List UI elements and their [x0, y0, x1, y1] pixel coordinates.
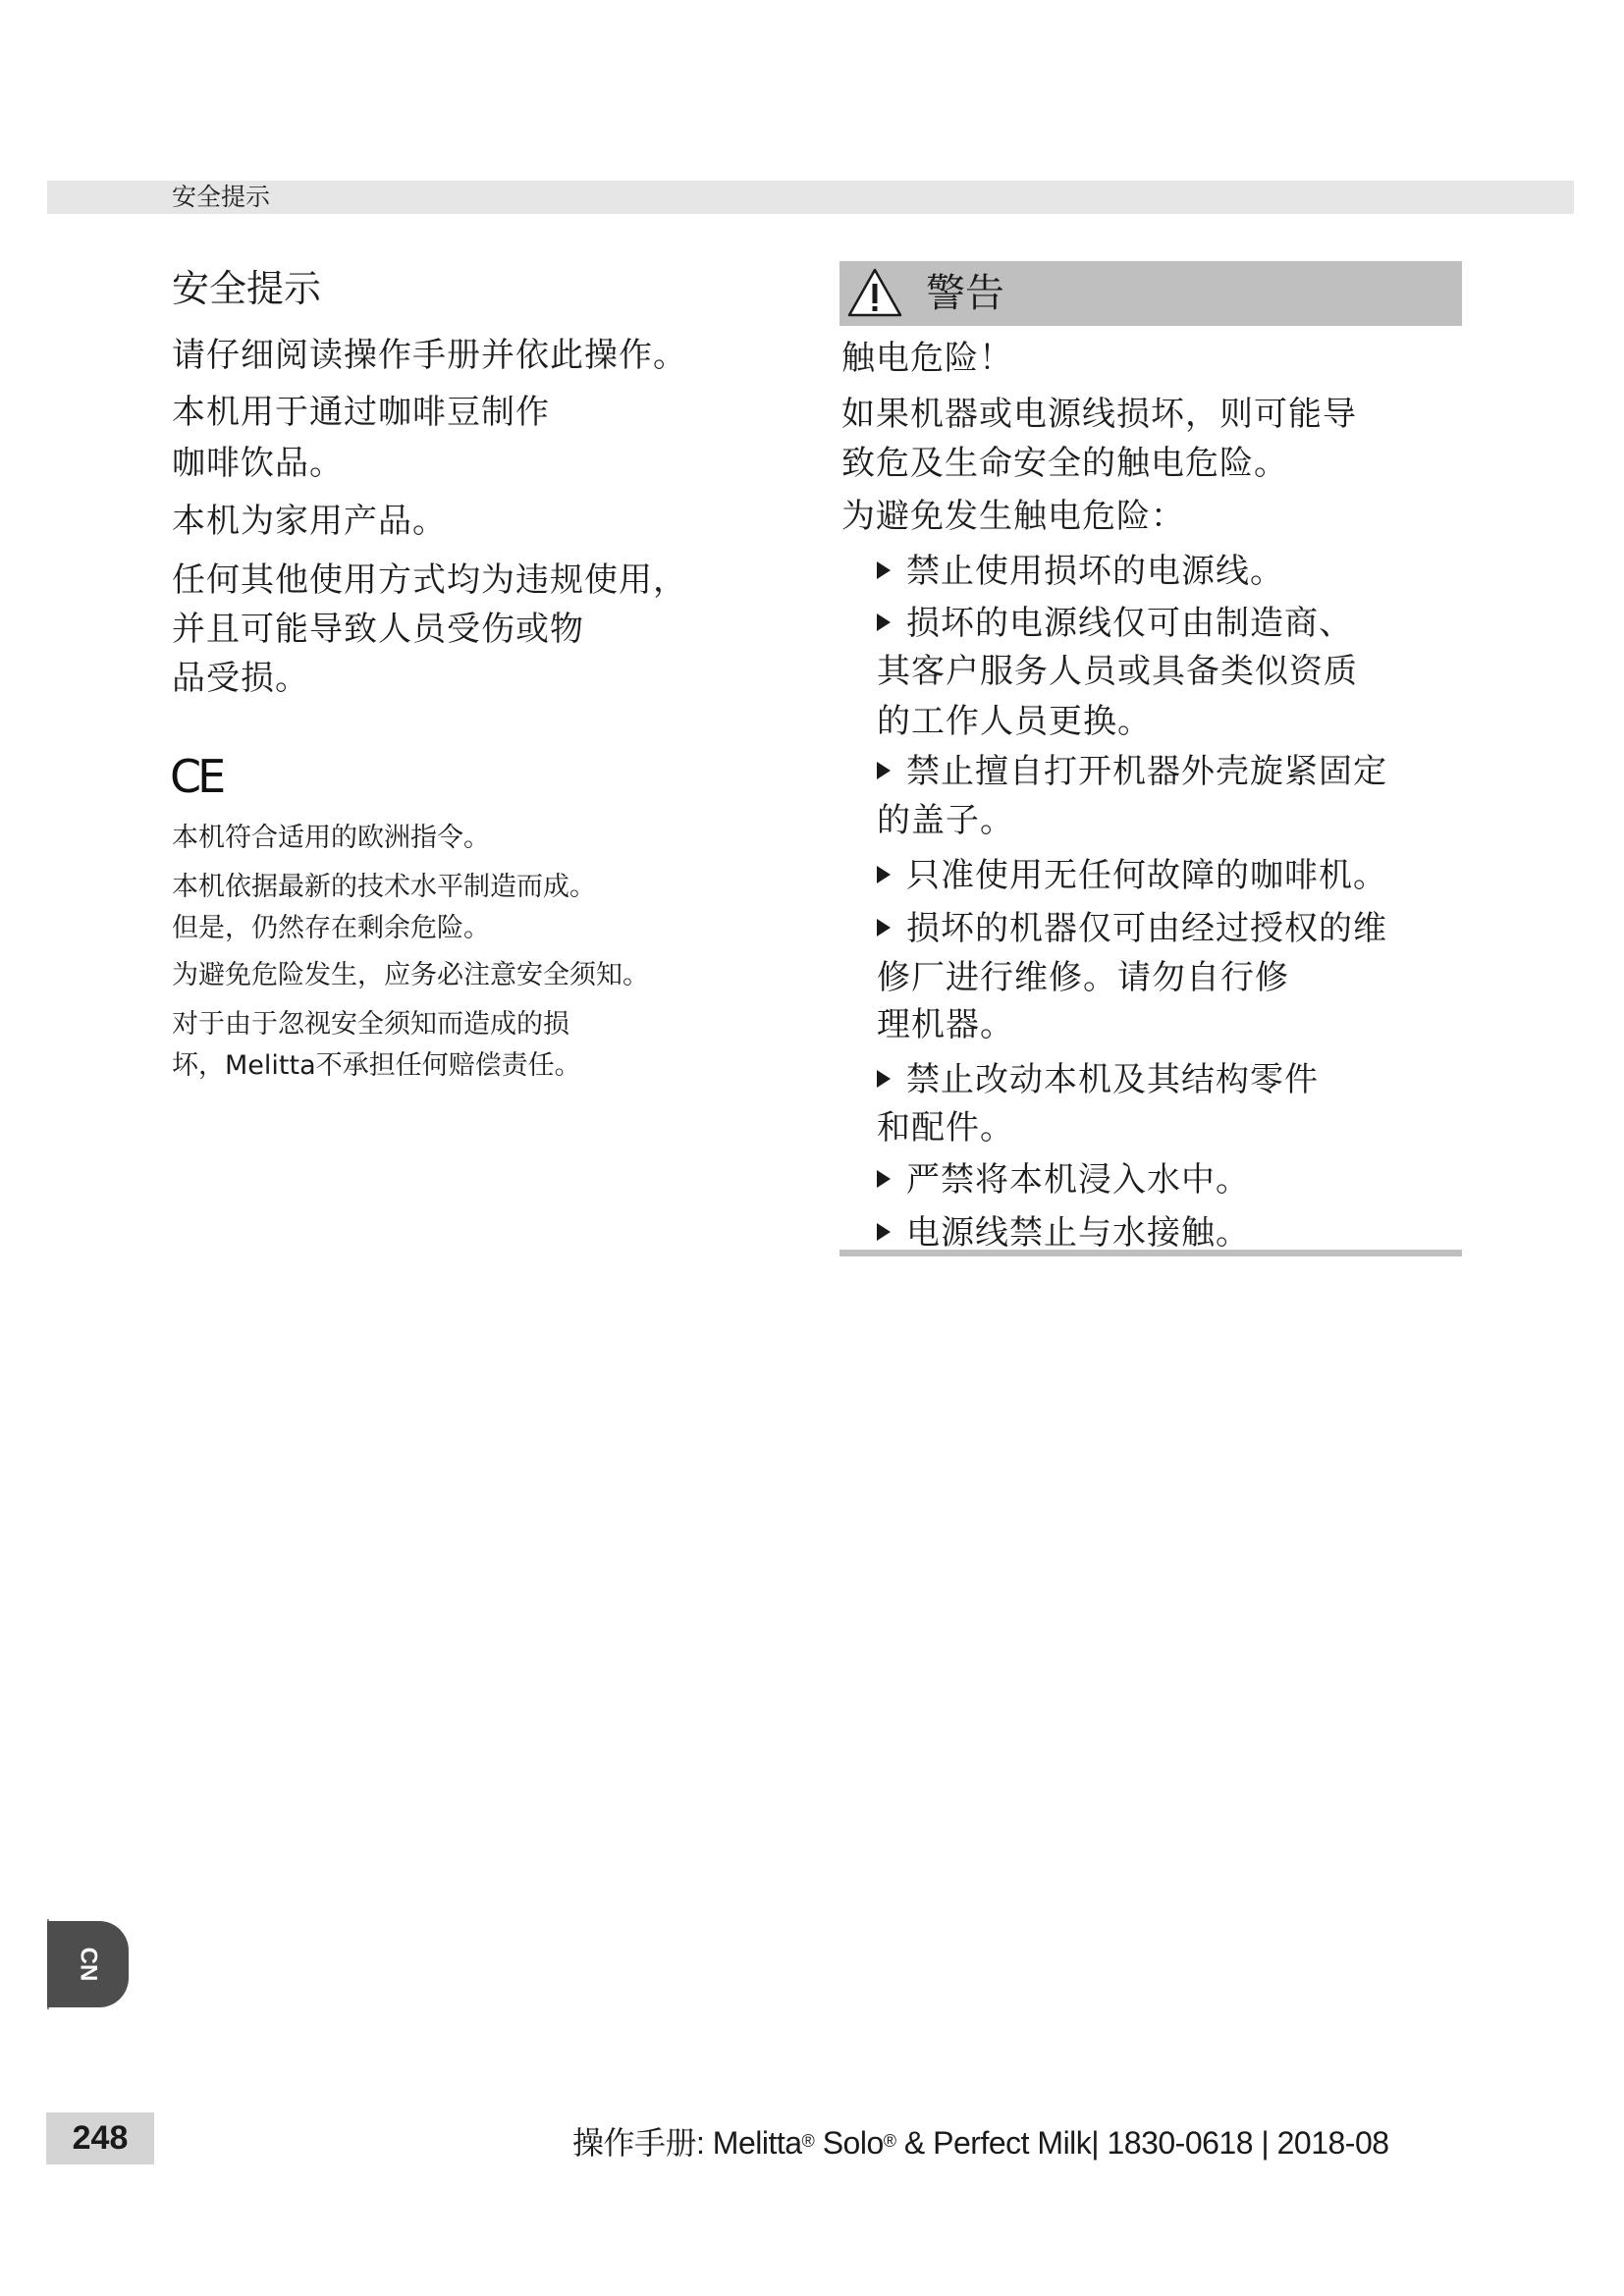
section-title: 安全提示 — [172, 267, 321, 310]
warning-triangle-icon — [847, 267, 902, 318]
misuse-line-3: 品受损。 — [172, 657, 309, 700]
page-number: 248 — [46, 2112, 154, 2164]
warning-item: 严禁将本机浸入水中。 — [877, 1158, 1250, 1201]
instruction-paragraph: 请仔细阅读操作手册并依此操作。 — [172, 334, 687, 377]
residual-risk-line-2: 但是，仍然存在剩余危险。 — [172, 911, 490, 946]
bullet-arrow-icon — [877, 762, 891, 779]
intended-use-line-2: 咖啡饮品。 — [172, 442, 344, 485]
safety-notice-text: 为避免危险发生，应务必注意安全须知。 — [172, 958, 649, 993]
warning-item: 电源线禁止与水接触。 — [877, 1211, 1250, 1255]
warning-header: 警告 — [839, 261, 1462, 326]
warning-bottom-rule — [839, 1250, 1462, 1256]
running-header-title: 安全提示 — [172, 181, 270, 214]
bullet-arrow-icon — [877, 866, 891, 883]
bullet-arrow-icon — [877, 614, 891, 631]
bullet-arrow-icon — [877, 919, 891, 936]
warning-item-continuation: 的工作人员更换。 — [877, 700, 1152, 743]
running-header-bar — [47, 181, 1574, 214]
ce-mark-icon: CE — [170, 750, 222, 803]
language-tab-cn: CN — [47, 1921, 129, 2007]
warning-item-continuation: 理机器。 — [877, 1003, 1014, 1046]
liability-line-1: 对于由于忽视安全须知而造成的损 — [172, 1007, 569, 1042]
warning-item: 只准使用无任何故障的咖啡机。 — [877, 854, 1387, 897]
warning-item-continuation: 和配件。 — [877, 1106, 1014, 1149]
misuse-line-2: 并且可能导致人员受伤或物 — [172, 608, 584, 651]
warning-item: 损坏的机器仅可由经过授权的维 — [877, 907, 1387, 950]
ce-compliance-text: 本机符合适用的欧洲指令。 — [172, 821, 490, 856]
intended-use-line-1: 本机用于通过咖啡豆制作 — [172, 391, 550, 434]
warning-intro-line-2: 致危及生命安全的触电危险。 — [841, 442, 1288, 485]
warning-item-continuation: 修厂进行维修。请勿自行修 — [877, 956, 1289, 999]
warning-lead: 为避免发生触电危险： — [841, 495, 1185, 538]
warning-title: 警告 — [926, 266, 1004, 321]
bullet-arrow-icon — [877, 561, 891, 579]
liability-line-2: 坏，Melitta不承担任何赔偿责任。 — [172, 1048, 581, 1084]
page-number-box: 248 — [46, 2112, 154, 2164]
bullet-arrow-icon — [877, 1223, 891, 1241]
warning-item: 损坏的电源线仅可由制造商、 — [877, 602, 1353, 645]
language-tab-label: CN — [74, 1948, 101, 1982]
warning-item: 禁止擅自打开机器外壳旋紧固定 — [877, 750, 1387, 793]
bullet-arrow-icon — [877, 1070, 891, 1088]
warning-item: 禁止使用损坏的电源线。 — [877, 550, 1284, 593]
warning-item-continuation: 的盖子。 — [877, 799, 1014, 842]
warning-headline: 触电危险！ — [841, 337, 1013, 380]
household-use-paragraph: 本机为家用产品。 — [172, 500, 447, 543]
footer-document-info: 操作手册: Melitta® Solo® & Perfect Milk| 183… — [572, 2123, 1389, 2163]
bullet-arrow-icon — [877, 1170, 891, 1188]
residual-risk-line-1: 本机依据最新的技术水平制造而成。 — [172, 870, 596, 905]
warning-item: 禁止改动本机及其结构零件 — [877, 1058, 1319, 1101]
misuse-line-1: 任何其他使用方式均为违规使用， — [172, 559, 687, 602]
warning-item-continuation: 其客户服务人员或具备类似资质 — [877, 650, 1358, 693]
warning-intro-line-1: 如果机器或电源线损坏，则可能导 — [841, 393, 1357, 436]
